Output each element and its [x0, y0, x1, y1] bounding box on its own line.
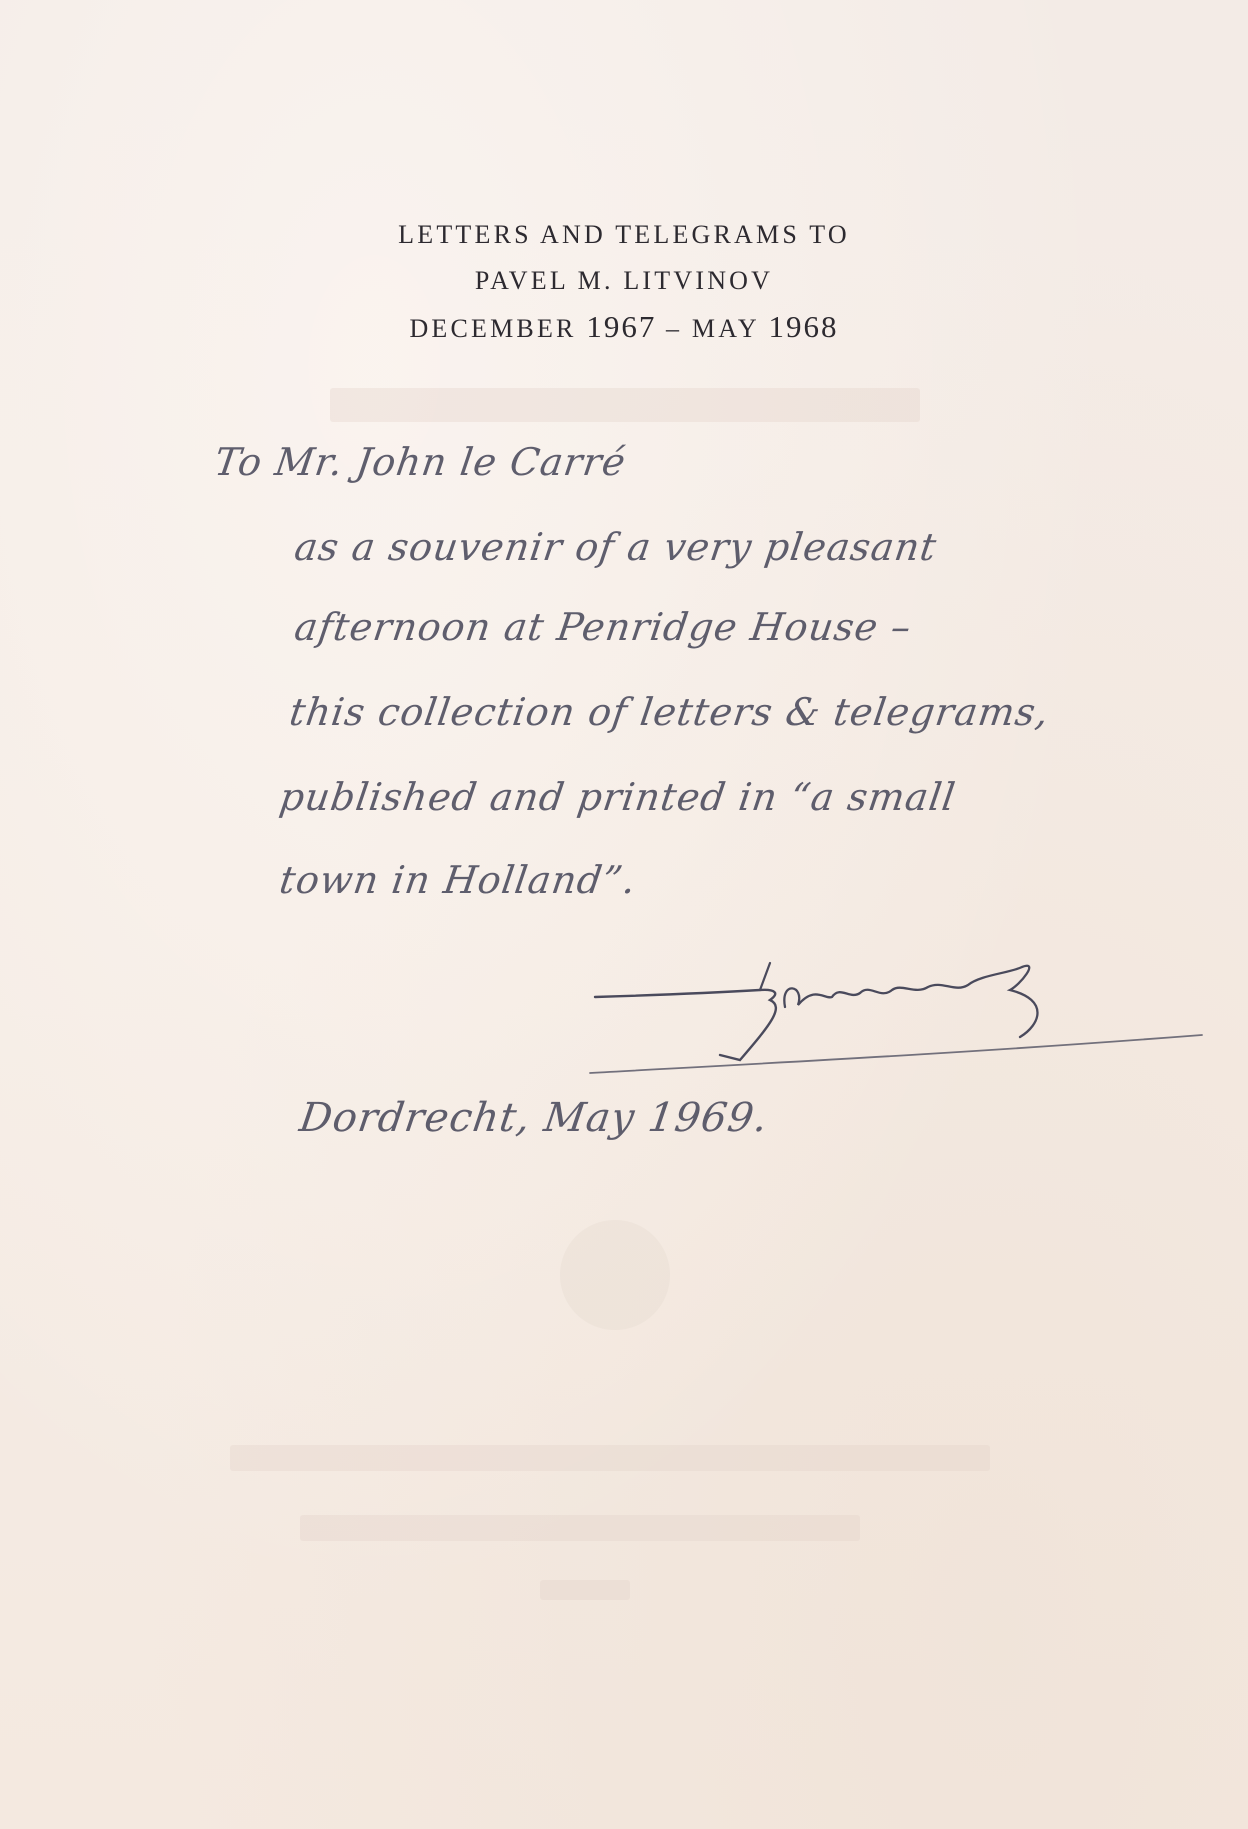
inscription-line-1: To Mr. John le Carré [212, 440, 629, 484]
inscription-line-2: as a souvenir of a very pleasant [292, 525, 940, 569]
signature [570, 945, 1210, 1085]
inscription-line-3: afternoon at Penridge House – [292, 605, 915, 649]
inscription-line-5: published and printed in “a small [277, 775, 959, 819]
inscription-place-date: Dordrecht, May 1969. [297, 1095, 771, 1141]
title-line-3: DECEMBER 1967 – MAY 1968 [0, 304, 1248, 352]
inscription-line-4: this collection of letters & telegrams, [287, 690, 1052, 734]
title-line-2: PAVEL M. LITVINOV [0, 258, 1248, 304]
printed-title: LETTERS AND TELEGRAMS TO PAVEL M. LITVIN… [0, 212, 1248, 352]
inscription-line-6: town in Holland”. [277, 858, 639, 902]
book-title-page: LETTERS AND TELEGRAMS TO PAVEL M. LITVIN… [0, 0, 1248, 1829]
show-through-text [300, 1515, 860, 1541]
title-line-1: LETTERS AND TELEGRAMS TO [0, 212, 1248, 258]
show-through-ornament [560, 1220, 670, 1330]
show-through-text [330, 388, 920, 422]
show-through-text [540, 1580, 630, 1600]
show-through-text [230, 1445, 990, 1471]
